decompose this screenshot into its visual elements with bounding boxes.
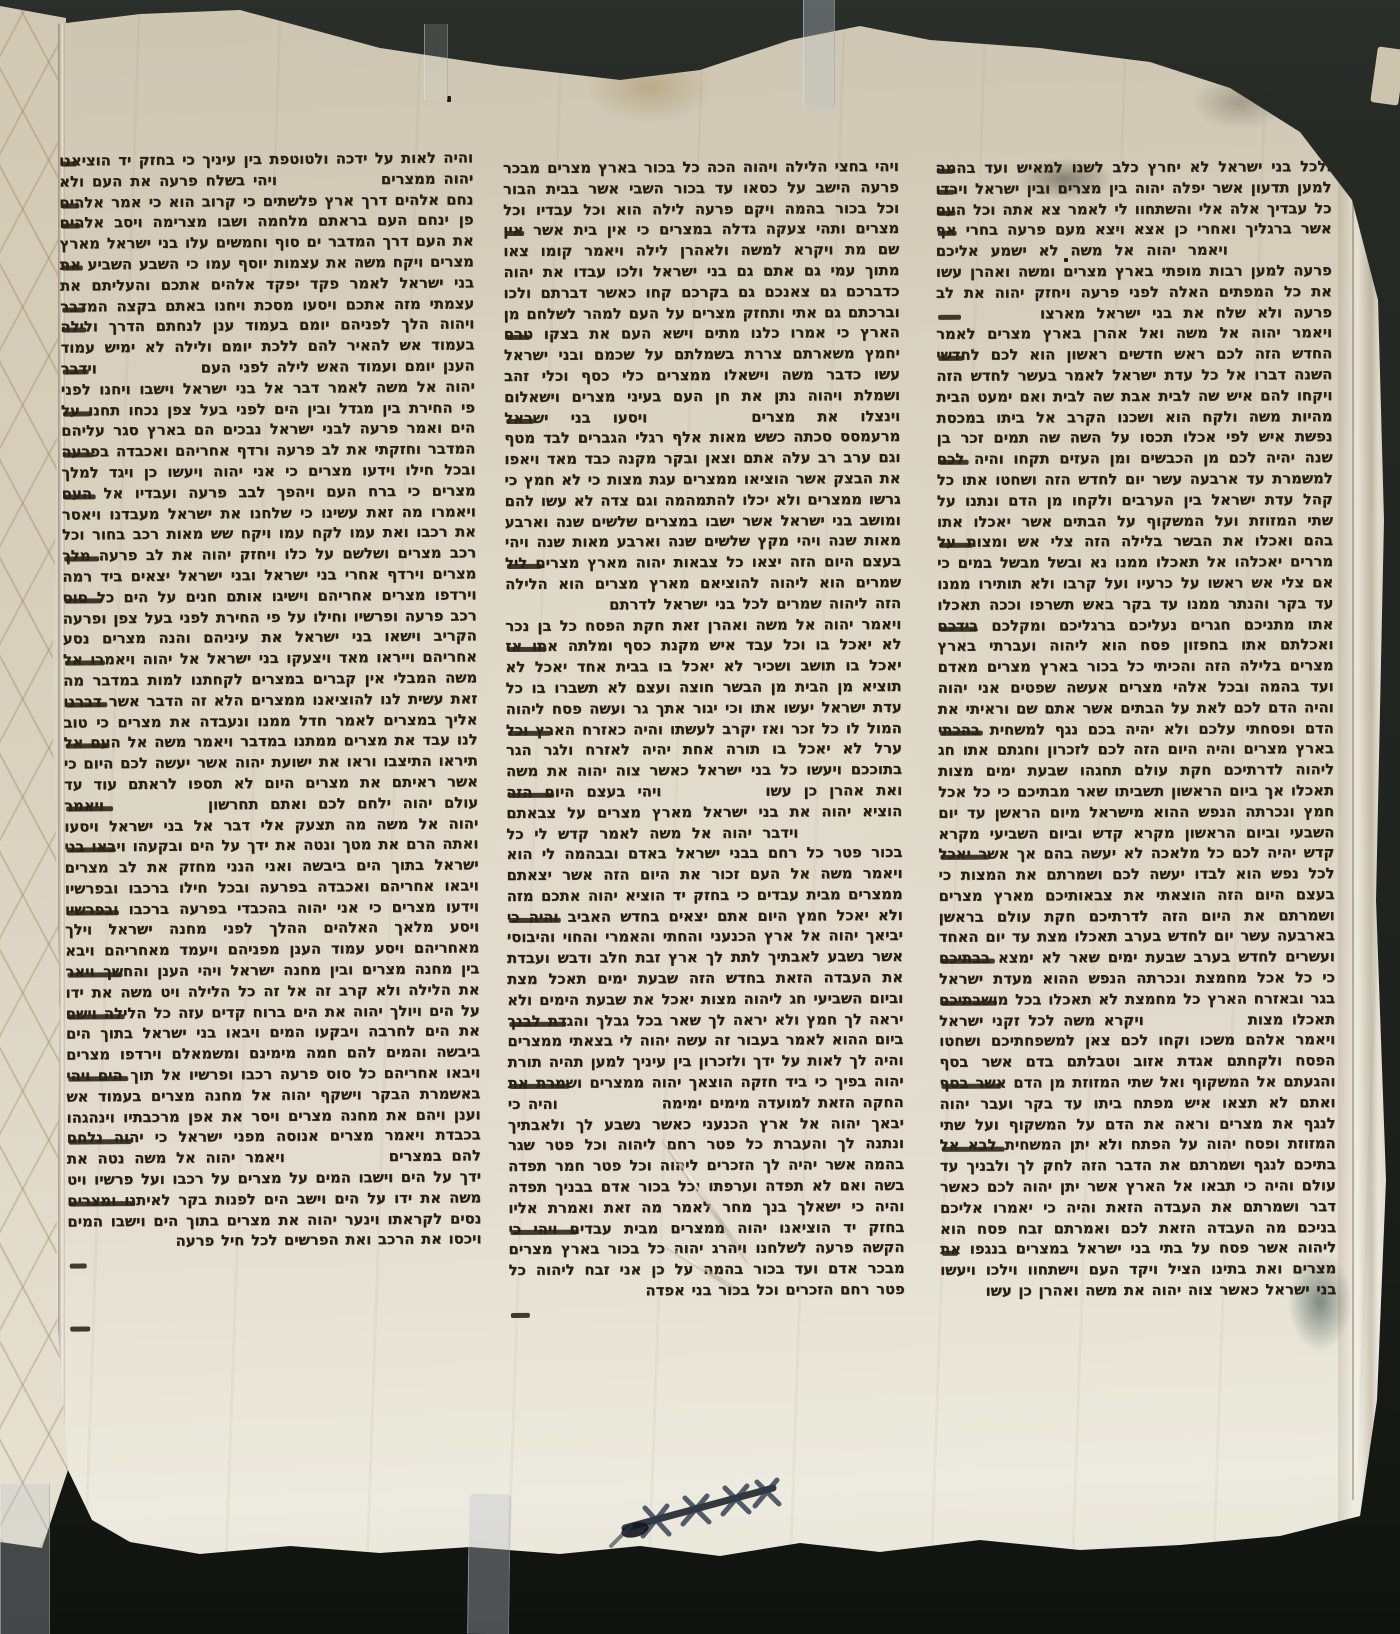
line-filler-mark	[507, 647, 546, 652]
line-filler-mark	[70, 1264, 87, 1269]
line-filler-mark	[66, 744, 110, 749]
line-filler-mark	[63, 369, 89, 374]
line-filler-mark	[939, 626, 977, 631]
line-filler-mark	[942, 1146, 1005, 1151]
torah-paragraph: וידבר יהוה אל משה לאמר דבר אל בני ישראל …	[61, 360, 479, 813]
line-filler-mark	[510, 1229, 577, 1234]
line-filler-mark	[508, 793, 554, 798]
paragraph-gap	[97, 363, 201, 374]
line-filler-mark	[61, 203, 79, 208]
paragraph-gap	[661, 786, 765, 797]
line-filler-mark	[940, 855, 989, 860]
repair-tape-bottom-left	[0, 1484, 50, 1634]
line-filler-mark	[937, 190, 954, 195]
torah-paragraph: וידבר יהוה אל משה לאמר קדש לי כל בכור פט…	[506, 824, 903, 1112]
line-filler-mark	[65, 660, 105, 665]
line-filler-mark	[941, 959, 995, 964]
line-filler-mark	[61, 162, 77, 167]
gray-stain	[1192, 74, 1288, 130]
torah-paragraph: ויאמר יהוה אל משה מה תצעק אלי דבר אל בני…	[64, 797, 481, 1165]
repair-tape-bottom	[467, 1494, 511, 1634]
line-filler-mark	[508, 730, 551, 735]
paragraph-gap	[558, 1098, 662, 1109]
line-filler-mark	[65, 702, 107, 707]
paragraph-gap	[505, 599, 609, 610]
torah-paragraph: ויהי בשלח פרעה את העם ולא נחם אלהים דרך …	[59, 172, 475, 377]
line-filler-mark	[67, 972, 122, 977]
line-filler-mark	[505, 231, 524, 236]
line-filler-mark	[939, 460, 969, 465]
line-filler-mark	[62, 224, 81, 229]
text-column-left: והיה לאות על ידכה ולטוטפת בין עיניך כי ב…	[59, 148, 483, 1429]
line-filler-mark	[64, 557, 99, 562]
line-filler-mark	[509, 918, 561, 923]
line-filler-mark	[70, 1326, 90, 1331]
line-filler-mark	[941, 1001, 997, 1006]
line-filler-mark	[940, 730, 983, 735]
line-filler-mark	[510, 1084, 570, 1089]
paragraph-gap	[798, 826, 902, 837]
parchment-sheet: ולכל בני ישראל לא יחרץ כלב לשנו למאיש וע…	[0, 0, 1400, 1634]
line-filler-mark	[938, 210, 956, 215]
line-filler-mark	[62, 328, 86, 333]
line-filler-mark	[939, 543, 973, 548]
line-filler-mark	[937, 169, 953, 174]
line-filler-mark	[938, 356, 963, 361]
repair-tape-top	[803, 0, 835, 110]
line-filler-mark	[509, 1022, 566, 1027]
stitch-repair-marks	[605, 1466, 795, 1552]
line-filler-mark	[66, 806, 113, 811]
paragraph-gap	[277, 174, 381, 185]
line-filler-mark	[62, 265, 83, 270]
line-filler-mark	[938, 314, 961, 319]
text-column-right: ולכל בני ישראל לא יחרץ כלב לשנו למאיש וע…	[935, 157, 1336, 1371]
line-filler-mark	[938, 231, 957, 236]
line-filler-mark	[941, 1084, 1001, 1089]
paragraph-gap	[647, 411, 751, 422]
line-filler-mark	[506, 418, 534, 423]
repair-tape-top-left	[424, 24, 448, 100]
torah-paragraph: ויאמר יהוה אל משה ואהרן זאת חקת הפסח כל …	[505, 615, 902, 799]
manuscript-photo: ולכל בני ישראל לא יחרץ כלב לשנו למאיש וע…	[0, 0, 1400, 1634]
line-filler-mark	[67, 910, 119, 915]
paragraph-gap	[285, 1151, 389, 1162]
paragraph-gap	[1228, 244, 1332, 254]
line-filler-mark	[511, 1313, 530, 1318]
brown-spot-stain	[665, 46, 693, 70]
line-filler-mark	[68, 1014, 125, 1019]
torah-paragraph: ויהי בחצי הלילה ויהוה הכה כל בכור בארץ מ…	[503, 158, 900, 425]
line-filler-mark	[63, 453, 93, 458]
line-filler-mark	[64, 494, 96, 499]
water-stain	[585, 50, 715, 124]
torah-paragraph: ויקרא משה לכל זקני ישראל ויאמר אלהם משכו…	[939, 1012, 1336, 1300]
line-filler-mark	[506, 335, 530, 340]
torah-paragraph: ויסעו בני ישראל מרעמסס סכתה כשש מאות אלף…	[504, 409, 901, 613]
paragraph-gap	[1144, 1014, 1248, 1024]
line-filler-mark	[69, 1201, 135, 1207]
torah-paragraph: ויאמר יהוה אל משה ואל אהרן בארץ מצרים לא…	[936, 325, 1335, 1029]
line-filler-mark	[507, 564, 542, 569]
line-filler-mark	[62, 307, 85, 312]
line-filler-mark	[63, 411, 91, 416]
right-fold-crease	[1352, 120, 1354, 1500]
parchment-tab	[1370, 46, 1400, 105]
torah-paragraph: ולכל בני ישראל לא יחרץ כלב לשנו למאיש וע…	[935, 158, 1331, 239]
paragraph-gap	[104, 799, 208, 810]
line-filler-mark	[942, 1250, 958, 1255]
line-filler-mark	[68, 1076, 128, 1081]
line-filler-mark	[64, 598, 101, 603]
line-filler-mark	[69, 1139, 132, 1144]
text-column-middle: ויהי בחצי הלילה ויהוה הכה כל בכור בארץ מ…	[503, 157, 905, 1373]
line-filler-mark	[66, 848, 115, 853]
